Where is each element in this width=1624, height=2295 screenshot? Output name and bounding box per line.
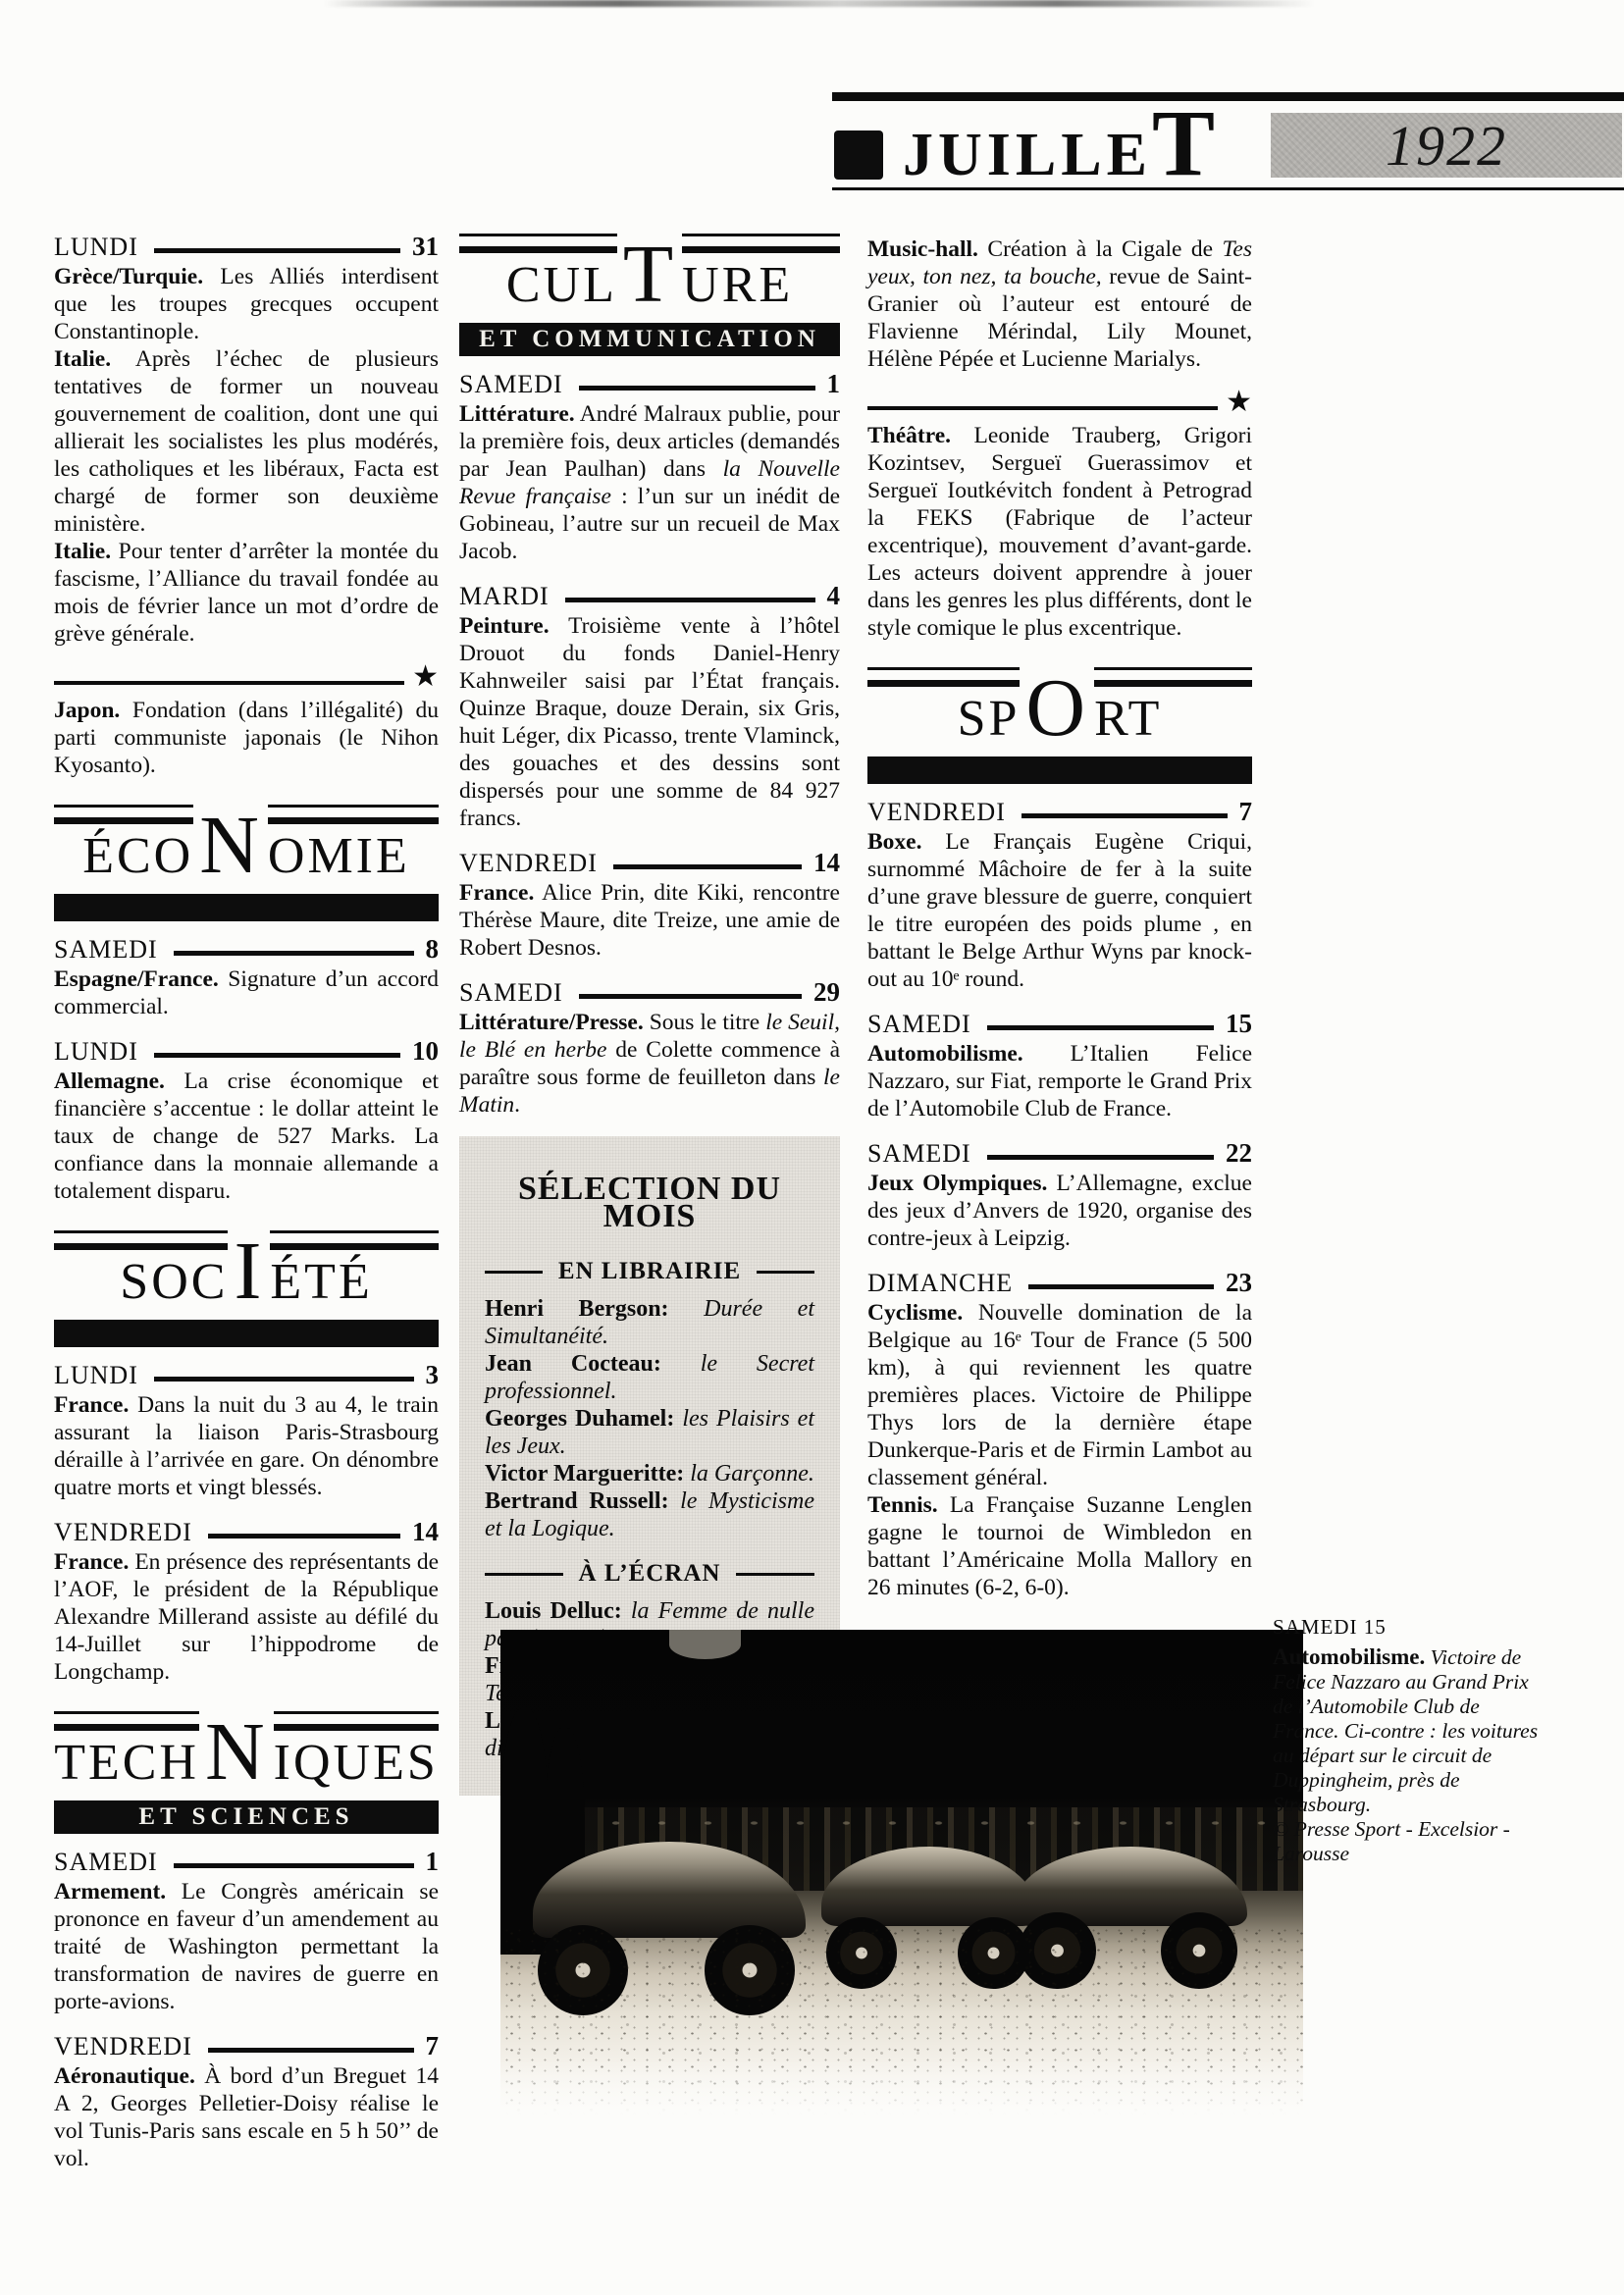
title-part: RT	[1094, 691, 1162, 747]
culture-continuation: Music-hall. Création à la Cigale de Tes …	[867, 235, 1252, 373]
entry-paragraph: Armement. Le Congrès américain se pronon…	[54, 1878, 439, 2015]
title-part: OMIE	[268, 828, 410, 884]
entry-day-number: 23	[1226, 1270, 1252, 1296]
section-title-culture: CULTURE	[459, 243, 840, 317]
black-square-icon	[834, 130, 883, 180]
entry-paragraph: Tennis. La Française Suzanne Lenglen gag…	[867, 1491, 1252, 1601]
caption-text: Automobilisme. Victoire de Felice Nazzar…	[1273, 1644, 1540, 1817]
calendar-entry: SAMEDI 1 Armement. Le Congrès américain …	[54, 1849, 439, 2015]
entry-head: SAMEDI 15	[867, 1011, 1252, 1037]
right-column: Music-hall. Création à la Cigale de Tes …	[867, 235, 1252, 1619]
month-header: JUILLET 1922	[832, 92, 1624, 190]
entry-day-number: 14	[412, 1519, 439, 1545]
starred-entry: ★ Japon. Fondation (dans l’illégalité) d…	[54, 665, 439, 779]
entry-paragraph: Japon. Fondation (dans l’illégalité) du …	[54, 697, 439, 779]
left-column: LUNDI 31 Grèce/Turquie. Les Alliés inter…	[54, 234, 439, 2190]
entry-day-label: SAMEDI	[867, 1140, 971, 1167]
rule	[736, 1573, 814, 1576]
entry-rule	[154, 1053, 400, 1058]
section-title-sport: SPORT	[867, 677, 1252, 751]
entry-paragraph: Littérature. André Malraux publie, pour …	[459, 400, 840, 565]
section-header-sport: SPORT	[867, 667, 1252, 784]
list-item: Henri Bergson: Durée et Simultanéité.	[485, 1295, 814, 1350]
entry-day-label: SAMEDI	[54, 936, 158, 963]
entry-head: SAMEDI 1	[459, 371, 840, 397]
title-part: URE	[682, 257, 793, 313]
entry-day-label: VENDREDI	[54, 2033, 192, 2060]
entry-paragraph: Espagne/France. Signature d’un accord co…	[54, 965, 439, 1020]
selection-title: SÉLECTION DU MOIS	[485, 1175, 814, 1230]
list-item: Georges Duhamel: les Plaisirs et les Jeu…	[485, 1405, 814, 1460]
section-bar	[867, 756, 1252, 784]
entry-day-number: 3	[426, 1362, 440, 1388]
selection-subheading-ecran: À L’ÉCRAN	[485, 1560, 814, 1588]
entry-paragraph: Italie. Pour tenter d’arrêter la montée …	[54, 538, 439, 648]
title-big-letter: N	[193, 800, 268, 891]
entry-head: VENDREDI 7	[54, 2033, 439, 2060]
entry-rule	[208, 2048, 414, 2053]
entry-rule	[613, 864, 802, 869]
entry-paragraph: Théâtre. Leonide Trauberg, Grigori Kozin…	[867, 422, 1252, 642]
entry-day-label: DIMANCHE	[867, 1270, 1013, 1296]
entry-day-label: VENDREDI	[459, 850, 598, 876]
entry-paragraph: Aéronautique. À bord d’un Breguet 14 A 2…	[54, 2062, 439, 2172]
entry-day-number: 7	[1239, 799, 1253, 825]
entry-rule	[1028, 1284, 1214, 1289]
entry-day-label: VENDREDI	[54, 1519, 192, 1545]
calendar-entry: LUNDI 10 Allemagne. La crise économique …	[54, 1038, 439, 1205]
photo-bottom-fade	[500, 2060, 1303, 2122]
title-part: SOC	[120, 1254, 228, 1310]
entry-day-number: 7	[426, 2033, 440, 2060]
entry-rule	[565, 598, 815, 602]
entry-paragraph: Grèce/Turquie. Les Alliés interdisent qu…	[54, 263, 439, 345]
entry-day-label: LUNDI	[54, 234, 138, 260]
entry-day-number: 14	[813, 850, 840, 876]
calendar-entry: SAMEDI 1 Littérature. André Malraux publ…	[459, 371, 840, 565]
entry-paragraph: France. Dans la nuit du 3 au 4, le train…	[54, 1391, 439, 1501]
section-header-economie: ÉCONOMIE	[54, 805, 439, 921]
star-icon: ★	[1226, 392, 1252, 412]
rule	[757, 1271, 814, 1274]
section-header-techniques: TECHNIQUES ET SCIENCES	[54, 1711, 439, 1834]
title-part: SP	[958, 691, 1021, 747]
entry-day-number: 31	[412, 234, 439, 260]
entry-paragraph: Music-hall. Création à la Cigale de Tes …	[867, 235, 1252, 373]
caption-day: SAMEDI 15	[1273, 1615, 1540, 1640]
entry-day-number: 8	[426, 936, 440, 963]
star-icon: ★	[412, 667, 439, 687]
librairie-list: Henri Bergson: Durée et Simultanéité. Je…	[485, 1295, 814, 1542]
selection-subheading-librairie: EN LIBRAIRIE	[485, 1258, 814, 1285]
entry-paragraph: Peinture. Troisième vente à l’hôtel Drou…	[459, 612, 840, 832]
calendar-entry: VENDREDI 7 Aéronautique. À bord d’un Bre…	[54, 2033, 439, 2172]
section-header-societe: SOCIÉTÉ	[54, 1230, 439, 1347]
section-bar	[54, 1320, 439, 1347]
entry-head: LUNDI 3	[54, 1362, 439, 1388]
section-title-techniques: TECHNIQUES	[54, 1721, 439, 1795]
entry-day-number: 10	[412, 1038, 439, 1065]
entry-head: SAMEDI 8	[54, 936, 439, 963]
calendar-entry: SAMEDI 8 Espagne/France. Signature d’un …	[54, 936, 439, 1020]
starred-entry: ★ Théâtre. Leonide Trauberg, Grigori Koz…	[867, 391, 1252, 642]
entry-head: VENDREDI 14	[54, 1519, 439, 1545]
entry-day-number: 4	[827, 583, 841, 609]
year-badge: 1922	[1271, 113, 1622, 178]
entry-rule	[1022, 813, 1228, 818]
calendar-entry: LUNDI 31 Grèce/Turquie. Les Alliés inter…	[54, 234, 439, 648]
entry-paragraph: France. En présence des représentants de…	[54, 1548, 439, 1686]
list-item: Bertrand Russell: le Mysticisme et la Lo…	[485, 1487, 814, 1542]
crowd-faces	[500, 1812, 1303, 1842]
entry-rule	[579, 386, 815, 391]
rule	[867, 406, 1218, 410]
entry-paragraph: Italie. Après l’échec de plusieurs tenta…	[54, 345, 439, 538]
entry-head: VENDREDI 7	[867, 799, 1252, 825]
entry-paragraph: Littérature/Presse. Sous le titre le Seu…	[459, 1009, 840, 1119]
entry-day-label: SAMEDI	[867, 1011, 971, 1037]
car-body	[533, 1842, 806, 1938]
title-big-letter: T	[617, 229, 682, 320]
entry-day-label: SAMEDI	[54, 1849, 158, 1875]
entry-head: VENDREDI 14	[459, 850, 840, 876]
calendar-entry: VENDREDI 7 Boxe. Le Français Eugène Criq…	[867, 799, 1252, 993]
entry-day-label: SAMEDI	[459, 979, 563, 1006]
calendar-entry: DIMANCHE 23 Cyclisme. Nouvelle dominatio…	[867, 1270, 1252, 1601]
entry-day-number: 15	[1226, 1011, 1252, 1037]
entry-head: LUNDI 31	[54, 234, 439, 260]
entry-paragraph: Automobilisme. L’Italien Felice Nazzaro,…	[867, 1040, 1252, 1122]
section-bar	[54, 894, 439, 921]
entry-rule	[174, 951, 414, 956]
title-part: TECH	[54, 1735, 199, 1791]
star-rule: ★	[867, 391, 1252, 414]
entry-day-number: 1	[827, 371, 841, 397]
title-part: IQUES	[274, 1735, 439, 1791]
entry-day-label: MARDI	[459, 583, 550, 609]
scan-artifact	[324, 0, 1315, 7]
month-title-row: JUILLET 1922	[832, 101, 1624, 187]
calendar-entry: SAMEDI 15 Automobilisme. L’Italien Felic…	[867, 1011, 1252, 1122]
entry-rule	[579, 994, 802, 999]
subheading-label: EN LIBRAIRIE	[558, 1258, 741, 1285]
section-header-culture: CULTURE ET COMMUNICATION	[459, 234, 840, 356]
month-title-text: JUILLE	[903, 129, 1152, 183]
entry-paragraph: Cyclisme. Nouvelle domination de la Belg…	[867, 1299, 1252, 1491]
calendar-entry: SAMEDI 22 Jeux Olympiques. L’Allemagne, …	[867, 1140, 1252, 1252]
caption-credit: © Presse Sport - Excelsior - Larousse	[1273, 1817, 1540, 1866]
middle-column: CULTURE ET COMMUNICATION SAMEDI 1 Littér…	[459, 234, 840, 1796]
calendar-entry: SAMEDI 29 Littérature/Presse. Sous le ti…	[459, 979, 840, 1119]
rule	[485, 1573, 563, 1576]
section-bar-subtitle: ET SCIENCES	[54, 1800, 439, 1834]
entry-head: SAMEDI 29	[459, 979, 840, 1006]
entry-day-label: LUNDI	[54, 1038, 138, 1065]
title-part: CUL	[506, 257, 617, 313]
photo-caption: SAMEDI 15 Automobilisme. Victoire de Fel…	[1273, 1615, 1540, 1866]
entry-paragraph: Boxe. Le Français Eugène Criqui, surnomm…	[867, 828, 1252, 993]
entry-day-number: 29	[813, 979, 840, 1006]
entry-head: LUNDI 10	[54, 1038, 439, 1065]
entry-rule	[174, 1863, 414, 1868]
month-title: JUILLET	[903, 101, 1220, 185]
list-item: Jean Cocteau: le Secret professionnel.	[485, 1350, 814, 1405]
entry-rule	[208, 1534, 400, 1539]
entry-paragraph: France. Alice Prin, dite Kiki, rencontre…	[459, 879, 840, 962]
entry-paragraph: Jeux Olympiques. L’Allemagne, exclue des…	[867, 1170, 1252, 1252]
month-title-big-letter: T	[1152, 101, 1220, 185]
car-body	[821, 1847, 1038, 1926]
entry-head: DIMANCHE 23	[867, 1270, 1252, 1296]
entry-day-label: LUNDI	[54, 1362, 138, 1388]
section-bar-subtitle: ET COMMUNICATION	[459, 323, 840, 356]
subheading-label: À L’ÉCRAN	[579, 1560, 721, 1588]
rule	[485, 1271, 543, 1274]
entry-head: SAMEDI 22	[867, 1140, 1252, 1167]
entry-paragraph: Allemagne. La crise économique et financ…	[54, 1068, 439, 1205]
entry-day-label: SAMEDI	[459, 371, 563, 397]
list-item: Victor Margueritte: la Garçonne.	[485, 1460, 814, 1487]
section-title-economie: ÉCONOMIE	[54, 814, 439, 888]
chronicle-page: JUILLET 1922 LUNDI 31 Grèce/Turquie. Les…	[0, 0, 1624, 2295]
calendar-entry: MARDI 4 Peinture. Troisième vente à l’hô…	[459, 583, 840, 832]
entry-day-label: VENDREDI	[867, 799, 1006, 825]
entry-head: MARDI 4	[459, 583, 840, 609]
sky-gap	[669, 1630, 742, 1659]
calendar-entry: VENDREDI 14 France. En présence des repr…	[54, 1519, 439, 1686]
title-big-letter: I	[228, 1226, 270, 1317]
year-label: 1922	[1386, 113, 1507, 179]
entry-rule	[987, 1155, 1214, 1160]
title-part: ÉTÉ	[270, 1254, 372, 1310]
title-big-letter: O	[1020, 662, 1094, 754]
entry-head: SAMEDI 1	[54, 1849, 439, 1875]
section-title-societe: SOCIÉTÉ	[54, 1240, 439, 1314]
entry-rule	[987, 1025, 1214, 1030]
calendar-entry: VENDREDI 14 France. Alice Prin, dite Kik…	[459, 850, 840, 962]
entry-rule	[154, 1377, 414, 1382]
title-big-letter: N	[199, 1706, 274, 1798]
rule	[54, 681, 404, 685]
entry-day-number: 1	[426, 1849, 440, 1875]
race-start-photo	[500, 1630, 1303, 2122]
calendar-entry: LUNDI 3 France. Dans la nuit du 3 au 4, …	[54, 1362, 439, 1501]
entry-day-number: 22	[1226, 1140, 1252, 1167]
title-part: ÉCO	[82, 828, 193, 884]
entry-rule	[154, 248, 400, 253]
star-rule: ★	[54, 665, 439, 689]
